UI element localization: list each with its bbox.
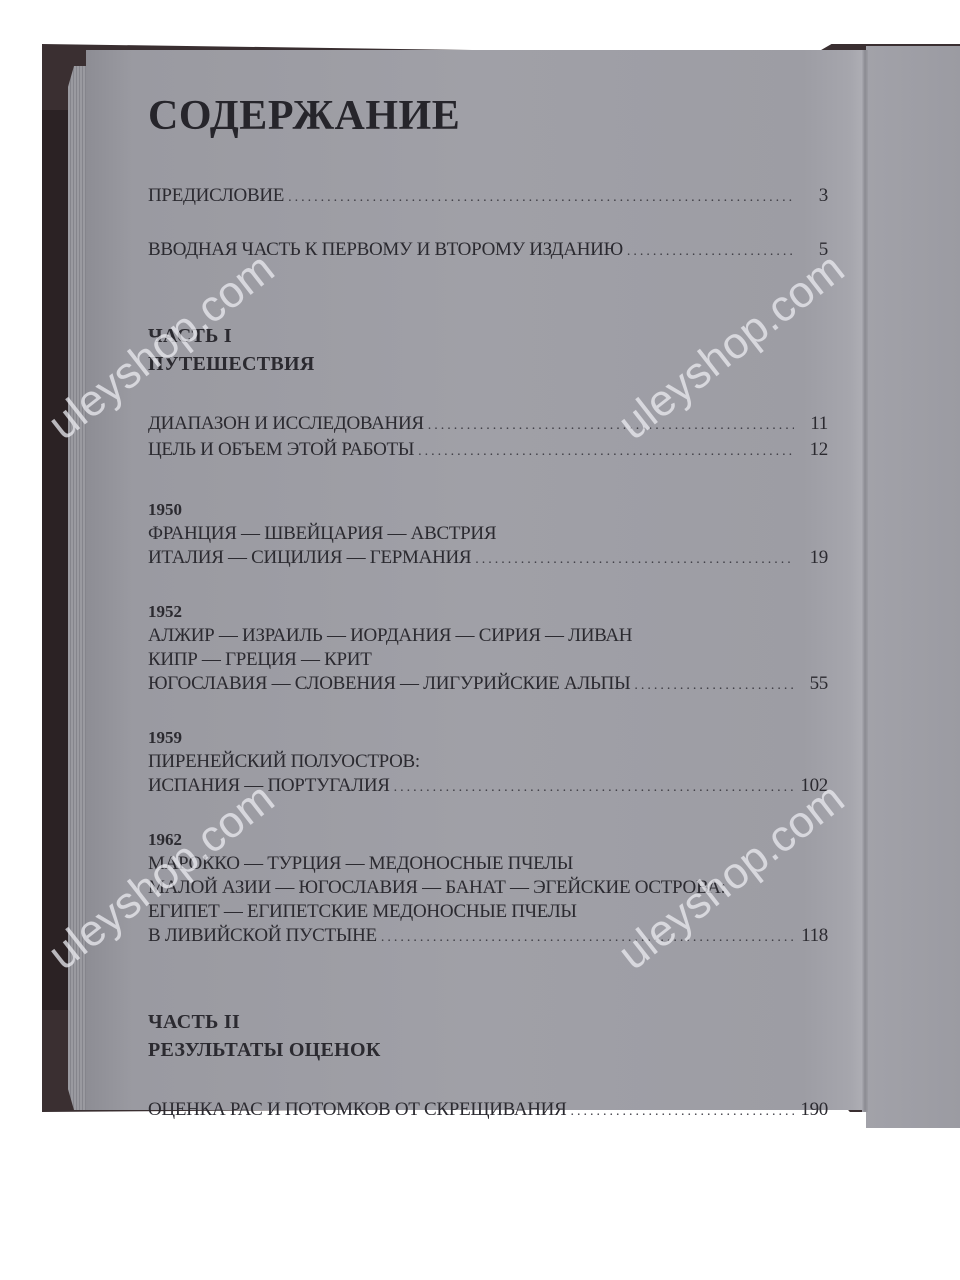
toc-entry-page: 3: [800, 184, 828, 208]
leader-dots: [428, 414, 794, 438]
year-heading: 1959: [148, 726, 828, 750]
toc-entry-label: Оценка рас и потомков от скрещивания: [148, 1098, 566, 1122]
toc-entry: ЮГОСЛАВИЯ — СЛОВЕНИЯ — ЛИГУРИЙСКИЕ АЛЬПЫ…: [148, 672, 828, 698]
leader-dots: [627, 240, 794, 264]
toc-title: СОДЕРЖАНИЕ: [148, 90, 828, 142]
toc-entry-label: Цель и объем этой работы: [148, 438, 414, 462]
leader-dots: [570, 1100, 794, 1124]
toc-entry-label: Вводная часть к первому и второму издани…: [148, 238, 623, 262]
toc-entry: В ЛИВИЙСКОЙ ПУСТЫНЕ 118: [148, 924, 828, 950]
page-stack-edge: [68, 66, 88, 1110]
toc-entry: Цель и объем этой работы 12: [148, 438, 828, 464]
toc-entry-label: Диапазон и исследования: [148, 412, 424, 436]
toc-entry: Оценка рас и потомков от скрещивания 190: [148, 1098, 828, 1124]
toc-entry-label: В ЛИВИЙСКОЙ ПУСТЫНЕ: [148, 924, 377, 948]
leader-dots: [418, 440, 794, 464]
toc-entry-page: 190: [800, 1098, 828, 1122]
table-of-contents: СОДЕРЖАНИЕ Предисловие 3 Вводная часть к…: [148, 90, 828, 1124]
toc-entry: Предисловие 3: [148, 184, 828, 210]
toc-entry-page: 11: [800, 412, 828, 436]
toc-line: АЛЖИР — ИЗРАИЛЬ — ИОРДАНИЯ — СИРИЯ — ЛИВ…: [148, 624, 828, 648]
leader-dots: [394, 776, 794, 800]
part-title: ПУТЕШЕСТВИЯ: [148, 350, 828, 378]
toc-entry: ИТАЛИЯ — СИЦИЛИЯ — ГЕРМАНИЯ 19: [148, 546, 828, 572]
toc-entry-page: 12: [800, 438, 828, 462]
toc-entry-label: ИСПАНИЯ — ПОРТУГАЛИЯ: [148, 774, 390, 798]
toc-entry-label: Предисловие: [148, 184, 284, 208]
toc-line: ФРАНЦИЯ — ШВЕЙЦАРИЯ — АВСТРИЯ: [148, 522, 828, 546]
toc-line: МАЛОЙ АЗИИ — ЮГОСЛАВИЯ — БАНАТ — ЭГЕЙСКИ…: [148, 876, 828, 900]
toc-entry-page: 55: [800, 672, 828, 696]
toc-line: ЕГИПЕТ — ЕГИПЕТСКИЕ МЕДОНОСНЫЕ ПЧЕЛЫ: [148, 900, 828, 924]
year-heading: 1962: [148, 828, 828, 852]
toc-entry: Диапазон и исследования 11: [148, 412, 828, 438]
toc-entry-page: 5: [800, 238, 828, 262]
toc-entry-label: ЮГОСЛАВИЯ — СЛОВЕНИЯ — ЛИГУРИЙСКИЕ АЛЬПЫ: [148, 672, 630, 696]
part-number: ЧАСТЬ II: [148, 1008, 828, 1036]
year-heading: 1950: [148, 498, 828, 522]
toc-line: МАРОККО — ТУРЦИЯ — МЕДОНОСНЫЕ ПЧЕЛЫ: [148, 852, 828, 876]
book-cover-edge: [42, 110, 72, 1010]
book-gutter: [862, 50, 868, 1112]
right-page: [866, 46, 960, 1128]
toc-entry: Вводная часть к первому и второму издани…: [148, 238, 828, 264]
toc-entry: ИСПАНИЯ — ПОРТУГАЛИЯ 102: [148, 774, 828, 800]
toc-line: КИПР — ГРЕЦИЯ — КРИТ: [148, 648, 828, 672]
leader-dots: [288, 186, 794, 210]
leader-dots: [381, 926, 794, 950]
toc-entry-page: 102: [800, 774, 828, 798]
toc-line: ПИРЕНЕЙСКИЙ ПОЛУОСТРОВ:: [148, 750, 828, 774]
leader-dots: [475, 548, 794, 572]
toc-entry-page: 19: [800, 546, 828, 570]
year-heading: 1952: [148, 600, 828, 624]
toc-entry-label: ИТАЛИЯ — СИЦИЛИЯ — ГЕРМАНИЯ: [148, 546, 471, 570]
leader-dots: [634, 674, 794, 698]
part-number: ЧАСТЬ I: [148, 322, 828, 350]
toc-entry-page: 118: [800, 924, 828, 948]
part-title: РЕЗУЛЬТАТЫ ОЦЕНОК: [148, 1036, 828, 1064]
